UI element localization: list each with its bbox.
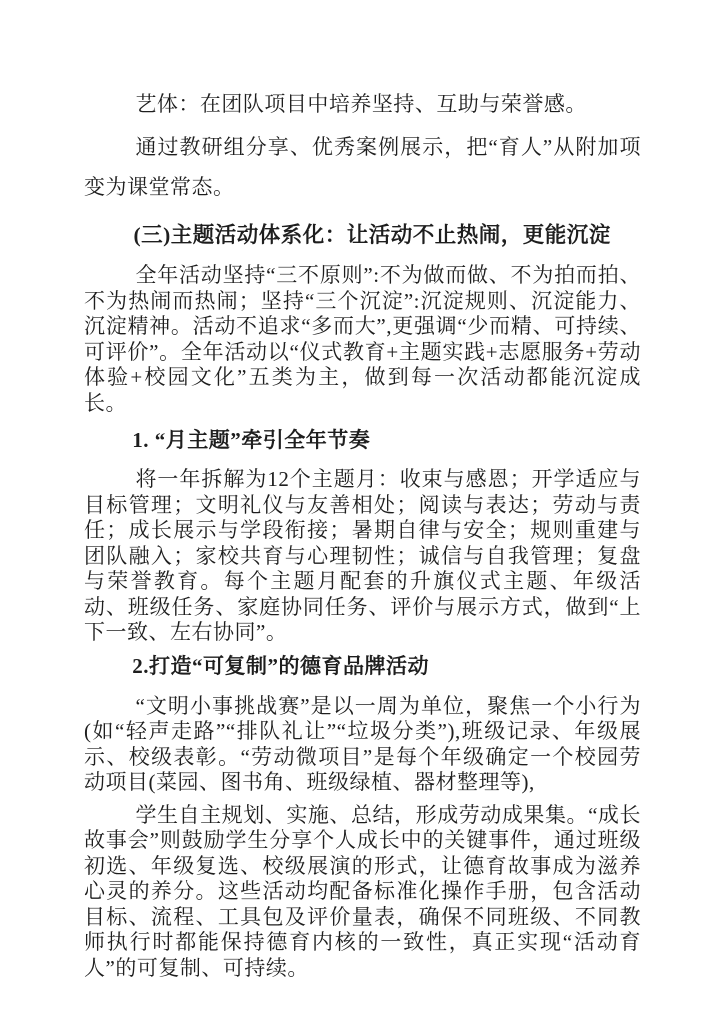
heading-section-3-theme-activities: (三)主题活动体系化：让活动不止热闹，更能沉淀 xyxy=(84,220,641,250)
heading-2-replicable-brand-activities: 2.打造“可复制”的德育品牌活动 xyxy=(84,651,641,681)
paragraph-twelve-month-themes: 将一年拆解为12个主题月：收束与感恩；开学适应与目标管理；文明礼仪与友善相处；阅… xyxy=(84,467,641,646)
heading-1-month-theme: 1. “月主题”牵引全年节奏 xyxy=(84,425,641,455)
paragraph-brand-activities: “文明小事挑战赛”是以一周为单位，聚焦一个小行为(如“轻声走路”“排队礼让”“垃… xyxy=(84,694,641,796)
document-page: 艺体：在团队项目中培养坚持、互助与荣誉感。 通过教研组分享、优秀案例展示，把“育… xyxy=(0,0,724,1024)
paragraph-arts-pe: 艺体：在团队项目中培养坚持、互助与荣誉感。 xyxy=(84,84,641,124)
paragraph-student-planning-and-manuals: 学生自主规划、实施、总结，形成劳动成果集。“成长故事会”则鼓励学生分享个人成长中… xyxy=(84,803,641,982)
paragraph-teaching-research-sharing: 通过教研组分享、优秀案例展示，把“育人”从附加项变为课堂常态。 xyxy=(84,127,641,207)
paragraph-activity-principles: 全年活动坚持“三不原则”:不为做而做、不为拍而拍、不为热闹而热闹；坚持“三个沉淀… xyxy=(84,263,641,416)
